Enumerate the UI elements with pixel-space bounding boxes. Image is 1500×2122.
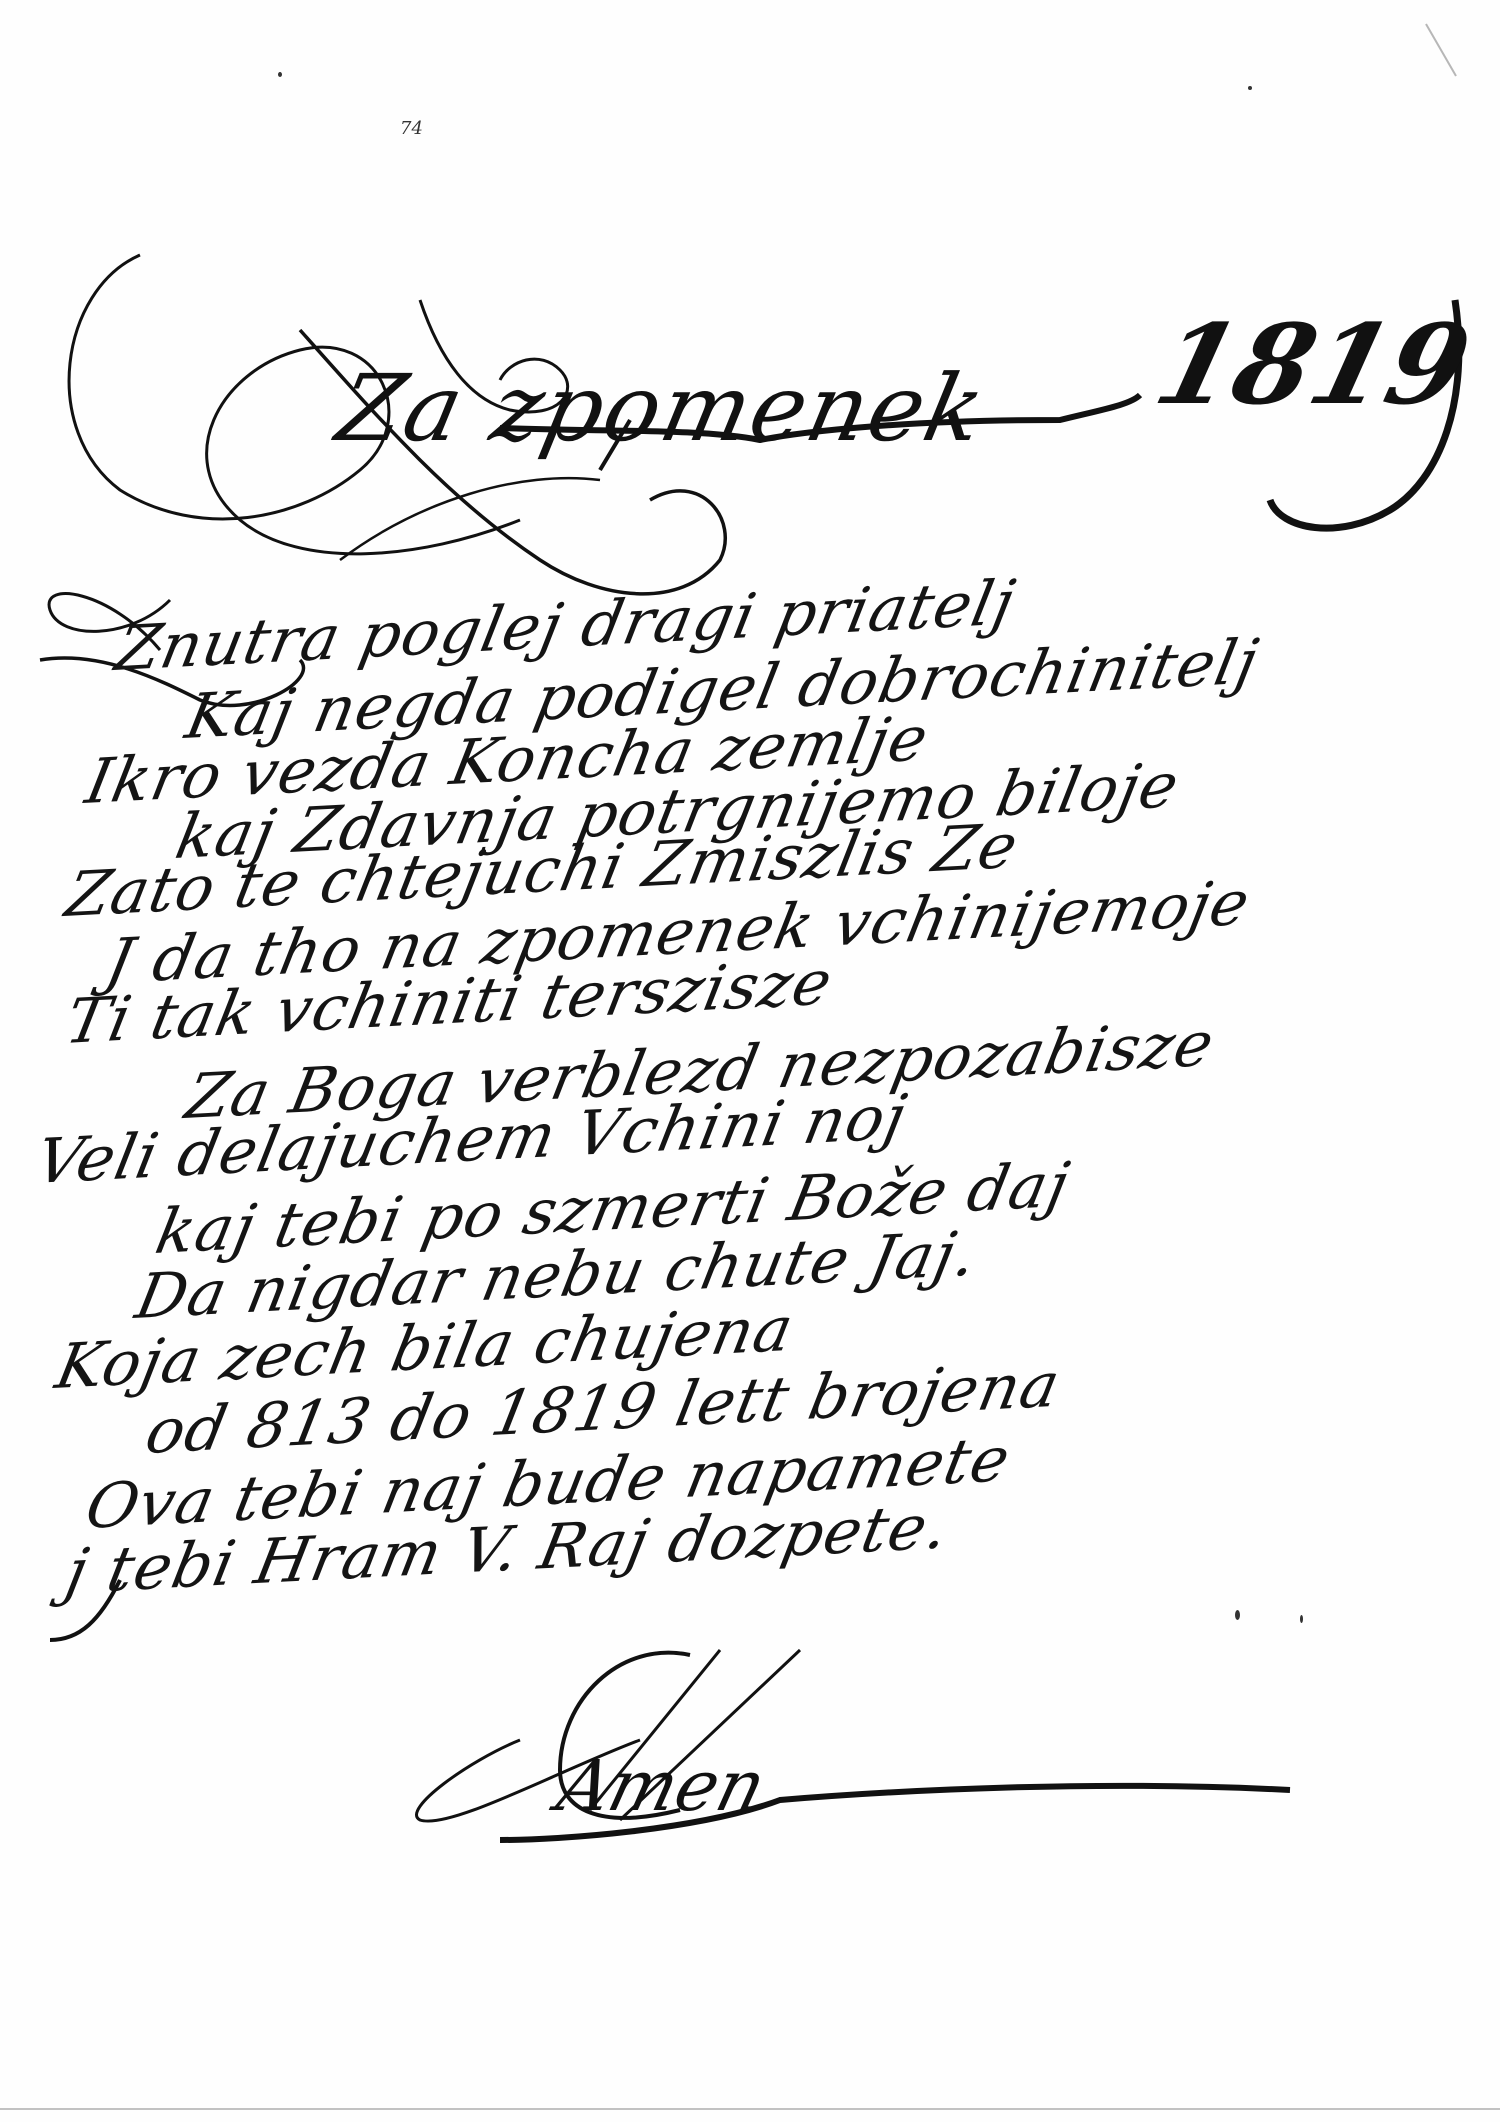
ink-speck — [1235, 1610, 1240, 1620]
document-title: Za zpomenek — [329, 355, 996, 462]
paper-bottom-edge — [0, 2108, 1500, 2110]
page-marker: 74 — [400, 118, 423, 139]
ink-speck — [278, 72, 282, 77]
paper-fold-mark — [1425, 24, 1457, 77]
closing-signature: Amen — [550, 1745, 774, 1827]
ink-speck — [1248, 86, 1252, 90]
ink-speck — [1300, 1615, 1303, 1623]
document-title-year: 1819 — [1144, 300, 1482, 429]
document-page: 74 Za zpomenek 1819 Znutra poglej dragi … — [0, 0, 1500, 2122]
